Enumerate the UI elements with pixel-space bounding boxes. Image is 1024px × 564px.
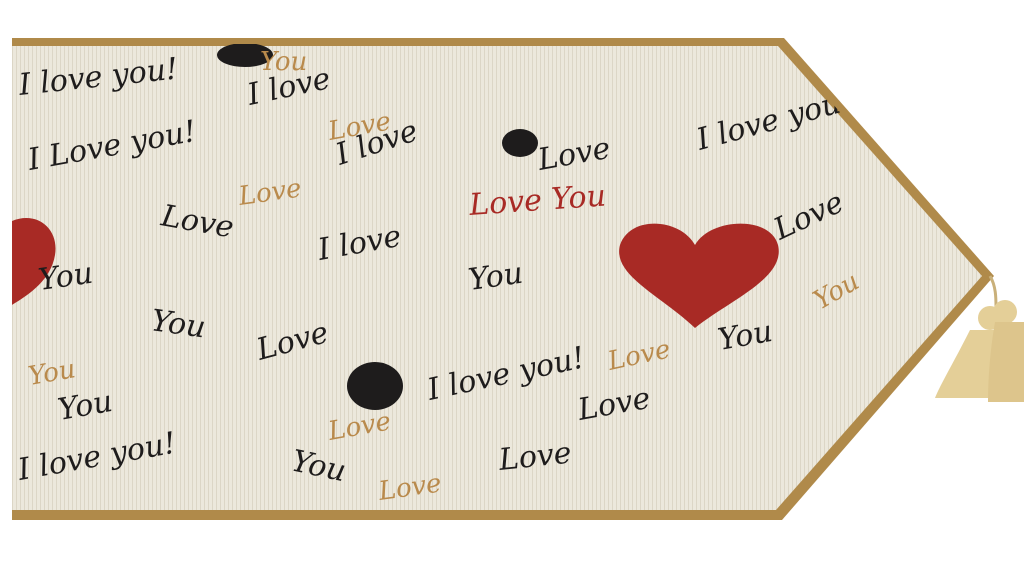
black-ink-splotch — [502, 129, 538, 157]
script-text-gold: You — [260, 47, 307, 77]
table-runner-photo: I love you! I love I Love you! I love Lo… — [0, 0, 1024, 564]
black-ink-splotch — [347, 362, 403, 410]
